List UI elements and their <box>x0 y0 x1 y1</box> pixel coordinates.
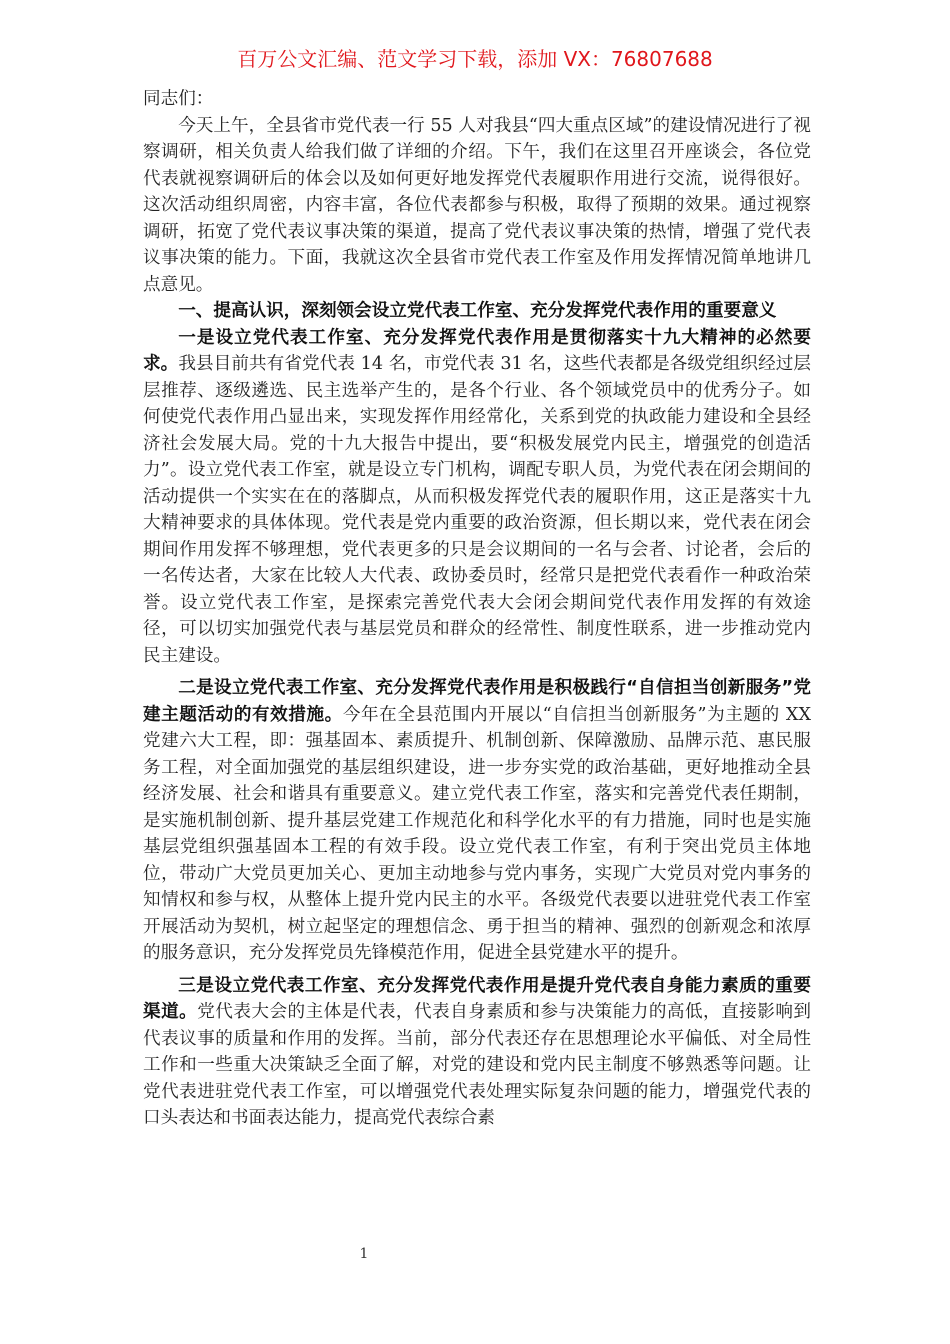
document-page: 百万公文汇编、范文学习下载，添加 VX：76807688 同志们： 今天上午，全… <box>0 0 950 1344</box>
page-number: 1 <box>356 1246 372 1262</box>
point-2-text: 今年在全县范围内开展以“自信担当创新服务”为主题的 XX 党建六大工程，即：强基… <box>143 705 811 964</box>
section-heading-1: 一、提高认识，深刻领会设立党代表工作室、充分发挥党代表作用的重要意义 <box>143 298 811 325</box>
document-body: 同志们： 今天上午，全县省市党代表一行 55 人对我县“四大重点区域”的建设情况… <box>143 86 811 1132</box>
salutation: 同志们： <box>143 86 811 113</box>
point-1-paragraph: 一是设立党代表工作室、充分发挥党代表作用是贯彻落实十九大精神的必然要求。我县目前… <box>143 325 811 670</box>
intro-paragraph: 今天上午，全县省市党代表一行 55 人对我县“四大重点区域”的建设情况进行了视察… <box>143 113 811 299</box>
point-3-text: 党代表大会的主体是代表，代表自身素质和参与决策能力的高低，直接影响到代表议事的质… <box>143 1002 811 1128</box>
point-2-paragraph: 二是设立党代表工作室、充分发挥党代表作用是积极践行“自信担当创新服务”党建主题活… <box>143 675 811 967</box>
point-1-text: 我县目前共有省党代表 14 名，市党代表 31 名，这些代表都是各级党组织经过层… <box>143 354 811 666</box>
point-3-paragraph: 三是设立党代表工作室、充分发挥党代表作用是提升党代表自身能力素质的重要渠道。党代… <box>143 973 811 1132</box>
watermark-banner: 百万公文汇编、范文学习下载，添加 VX：76807688 <box>0 44 950 74</box>
